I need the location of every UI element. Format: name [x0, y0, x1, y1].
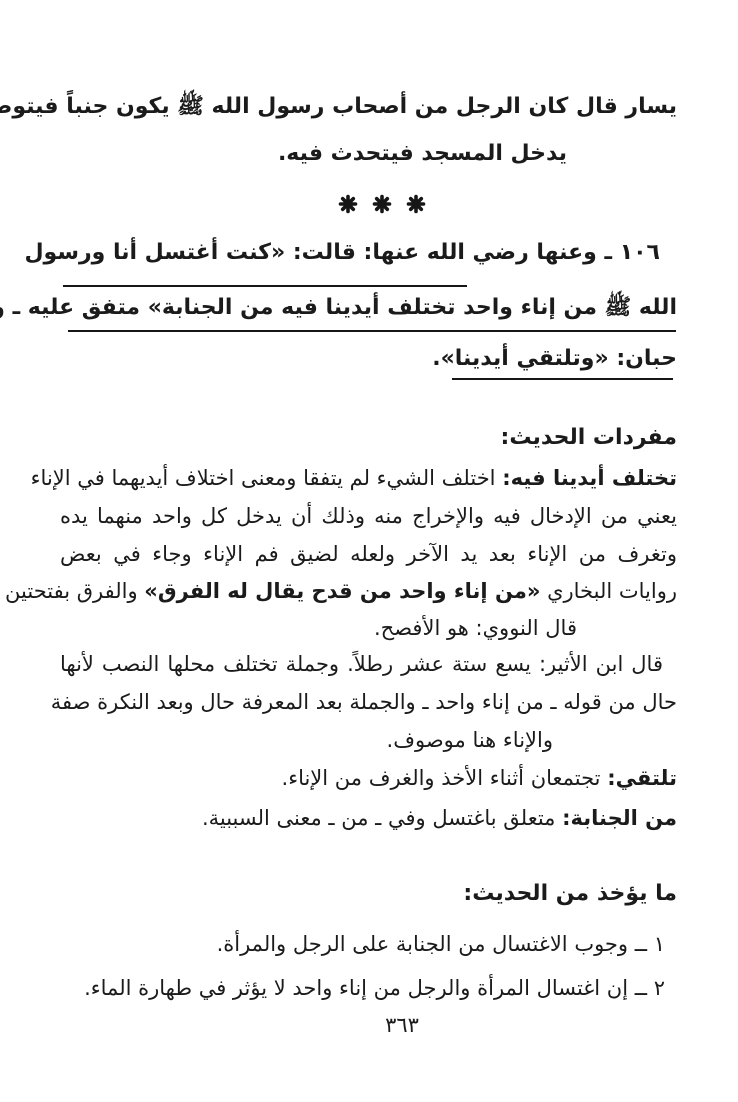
lesson-item-2: ٢ ــ إن اغتسال المرأة والرجل من إناء واح…	[60, 971, 677, 1005]
line-text: يسار قال كان الرجل من أصحاب رسول الله ﷺ …	[0, 94, 677, 119]
lesson-item-1: ١ ــ وجوب الاغتسال من الجنابة على الرجل …	[60, 927, 677, 961]
line-text: يعني من الإدخال فيه والإخراج منه وذلك أن…	[60, 504, 677, 528]
hadith-106-line-2: الله ﷺ من إناء واحد تختلف أيدينا فيه من …	[60, 291, 677, 325]
definition-line-2: من الجنابة: متعلق باغتسل وفي ـ من ـ معنى…	[60, 801, 677, 835]
line-bold-text: تلتقي:	[607, 766, 677, 790]
line-text: ١ ــ وجوب الاغتسال من الجنابة على الرجل …	[217, 932, 665, 956]
book-page: يسار قال كان الرجل من أصحاب رسول الله ﷺ …	[0, 0, 738, 1102]
lessons-heading: ما يؤخذ من الحديث:	[60, 877, 677, 911]
intro-line-2: يدخل المسجد فيتحدث فيه.	[60, 137, 677, 171]
line-text: وتغرف من الإناء بعد يد الآخر ولعله لضيق …	[60, 542, 677, 566]
intro-line-1: يسار قال كان الرجل من أصحاب رسول الله ﷺ …	[60, 90, 677, 124]
line-text: حبان: «وتلتقي أيدينا».	[432, 346, 677, 371]
page-number-text: ٣٦٣	[385, 1013, 419, 1037]
line-bold-text: تختلف أيدينا فيه:	[502, 466, 677, 490]
hadith-106-line-3: حبان: «وتلتقي أيدينا».	[60, 342, 677, 376]
ibn-athir-line-3: والإناء هنا موصوف.	[60, 723, 677, 757]
ibn-athir-line-1: قال ابن الأثير: يسع ستة عشر رطلاً. وجملة…	[60, 647, 677, 681]
vocab-line-5: قال النووي: هو الأفصح.	[60, 611, 677, 645]
section-separator	[0, 193, 738, 219]
line-text: الله ﷺ من إناء واحد تختلف أيدينا فيه من …	[0, 295, 677, 320]
line-text: والفرق بفتحتين	[5, 579, 144, 603]
line-text: يدخل المسجد فيتحدث فيه.	[278, 141, 567, 166]
line-text: اختلف الشيء لم يتفقا ومعنى اختلاف أيديهم…	[31, 466, 503, 490]
hadith-underline	[452, 378, 673, 380]
stars-icon	[334, 193, 430, 215]
line-bold-text: «من إناء واحد من قدح يقال له الفرق»	[144, 579, 540, 603]
ibn-athir-line-2: حال من قوله ـ من إناء واحد ـ والجملة بعد…	[60, 685, 677, 719]
hadith-106-line-1: ١٠٦ ـ وعنها رضي الله عنها: قالت: «كنت أغ…	[60, 236, 677, 270]
line-text: ٢ ــ إن اغتسال المرأة والرجل من إناء واح…	[84, 976, 665, 1000]
vocab-line-1: تختلف أيدينا فيه: اختلف الشيء لم يتفقا و…	[60, 461, 677, 495]
line-text: قال ابن الأثير: يسع ستة عشر رطلاً. وجملة…	[60, 652, 663, 676]
hadith-underline	[68, 330, 676, 332]
page-number: ٣٦٣	[0, 1010, 738, 1040]
vocab-heading: مفردات الحديث:	[60, 421, 677, 455]
line-bold-text: من الجنابة:	[562, 806, 677, 830]
line-text: والإناء هنا موصوف.	[387, 728, 553, 752]
line-text: تجتمعان أثناء الأخذ والغرف من الإناء.	[282, 766, 608, 790]
heading-text: مفردات الحديث:	[501, 425, 677, 450]
line-text: قال النووي: هو الأفصح.	[374, 616, 577, 640]
heading-text: ما يؤخذ من الحديث:	[463, 881, 677, 906]
vocab-line-2: يعني من الإدخال فيه والإخراج منه وذلك أن…	[60, 499, 677, 533]
definition-line-1: تلتقي: تجتمعان أثناء الأخذ والغرف من الإ…	[60, 761, 677, 795]
hadith-underline	[63, 285, 467, 287]
vocab-line-3: وتغرف من الإناء بعد يد الآخر ولعله لضيق …	[60, 537, 677, 571]
line-text: ١٠٦ ـ وعنها رضي الله عنها: قالت: «كنت أغ…	[24, 240, 660, 265]
line-text: حال من قوله ـ من إناء واحد ـ والجملة بعد…	[51, 690, 677, 714]
line-text: روايات البخاري	[540, 579, 677, 603]
vocab-line-4: روايات البخاري «من إناء واحد من قدح يقال…	[60, 574, 677, 608]
line-text: متعلق باغتسل وفي ـ من ـ معنى السببية.	[202, 806, 562, 830]
